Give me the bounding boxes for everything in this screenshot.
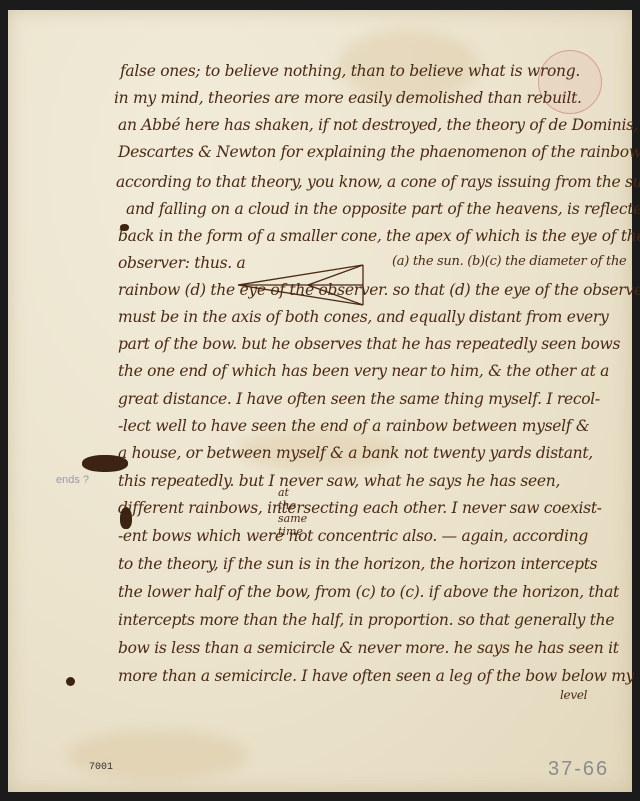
ink-blot xyxy=(120,507,132,529)
text-line-10: must be in the axis of both cones, and e… xyxy=(118,308,608,326)
pencil-folio-number: 37-66 xyxy=(548,758,609,781)
ink-dot xyxy=(66,677,75,686)
text-line-19: to the theory, if the sun is in the hori… xyxy=(118,555,597,573)
text-line-17: different rainbows, intersecting each ot… xyxy=(118,499,602,517)
text-line-13: great distance. I have often seen the sa… xyxy=(118,390,600,408)
text-line-23: more than a semicircle. I have often see… xyxy=(118,667,634,685)
text-line-16: this repeatedly. but I never saw, what h… xyxy=(118,472,560,490)
text-line-21: intercepts more than the half, in propor… xyxy=(118,611,614,629)
text-line-8: observer: thus. a xyxy=(118,254,245,272)
text-line-12: the one end of which has been very near … xyxy=(118,362,609,380)
text-line-8b: (a) the sun. (b)(c) the diameter of the xyxy=(392,254,626,269)
text-line-3: an Abbé here has shaken, if not destroye… xyxy=(118,116,638,134)
ink-blot xyxy=(82,455,128,472)
catchword: level xyxy=(560,688,587,702)
catalog-number: 7001 xyxy=(89,762,113,773)
text-line-5: according to that theory, you know, a co… xyxy=(116,173,640,191)
text-line-2: in my mind, theories are more easily dem… xyxy=(114,89,582,107)
margin-note: ends ? xyxy=(56,474,89,486)
text-line-20: the lower half of the bow, from (c) to (… xyxy=(118,583,619,601)
text-line-22: bow is less than a semicircle & never mo… xyxy=(118,639,619,657)
text-line-14: -lect well to have seen the end of a rai… xyxy=(118,417,589,435)
manuscript-page: false ones; to believe nothing, than to … xyxy=(8,10,632,792)
text-line-7: back in the form of a smaller cone, the … xyxy=(118,227,640,245)
rainbow-cone-diagram xyxy=(233,260,383,310)
text-line-6: and falling on a cloud in the opposite p… xyxy=(126,200,640,218)
text-line-11: part of the bow. but he observes that he… xyxy=(118,335,620,353)
text-line-18: -ent bows which were not concentric also… xyxy=(118,527,588,545)
text-line-1: false ones; to believe nothing, than to … xyxy=(120,62,580,80)
ink-blot xyxy=(120,224,129,231)
text-line-15: a house, or between myself & a bank not … xyxy=(118,444,593,462)
text-line-4: Descartes & Newton for explaining the ph… xyxy=(118,143,640,161)
